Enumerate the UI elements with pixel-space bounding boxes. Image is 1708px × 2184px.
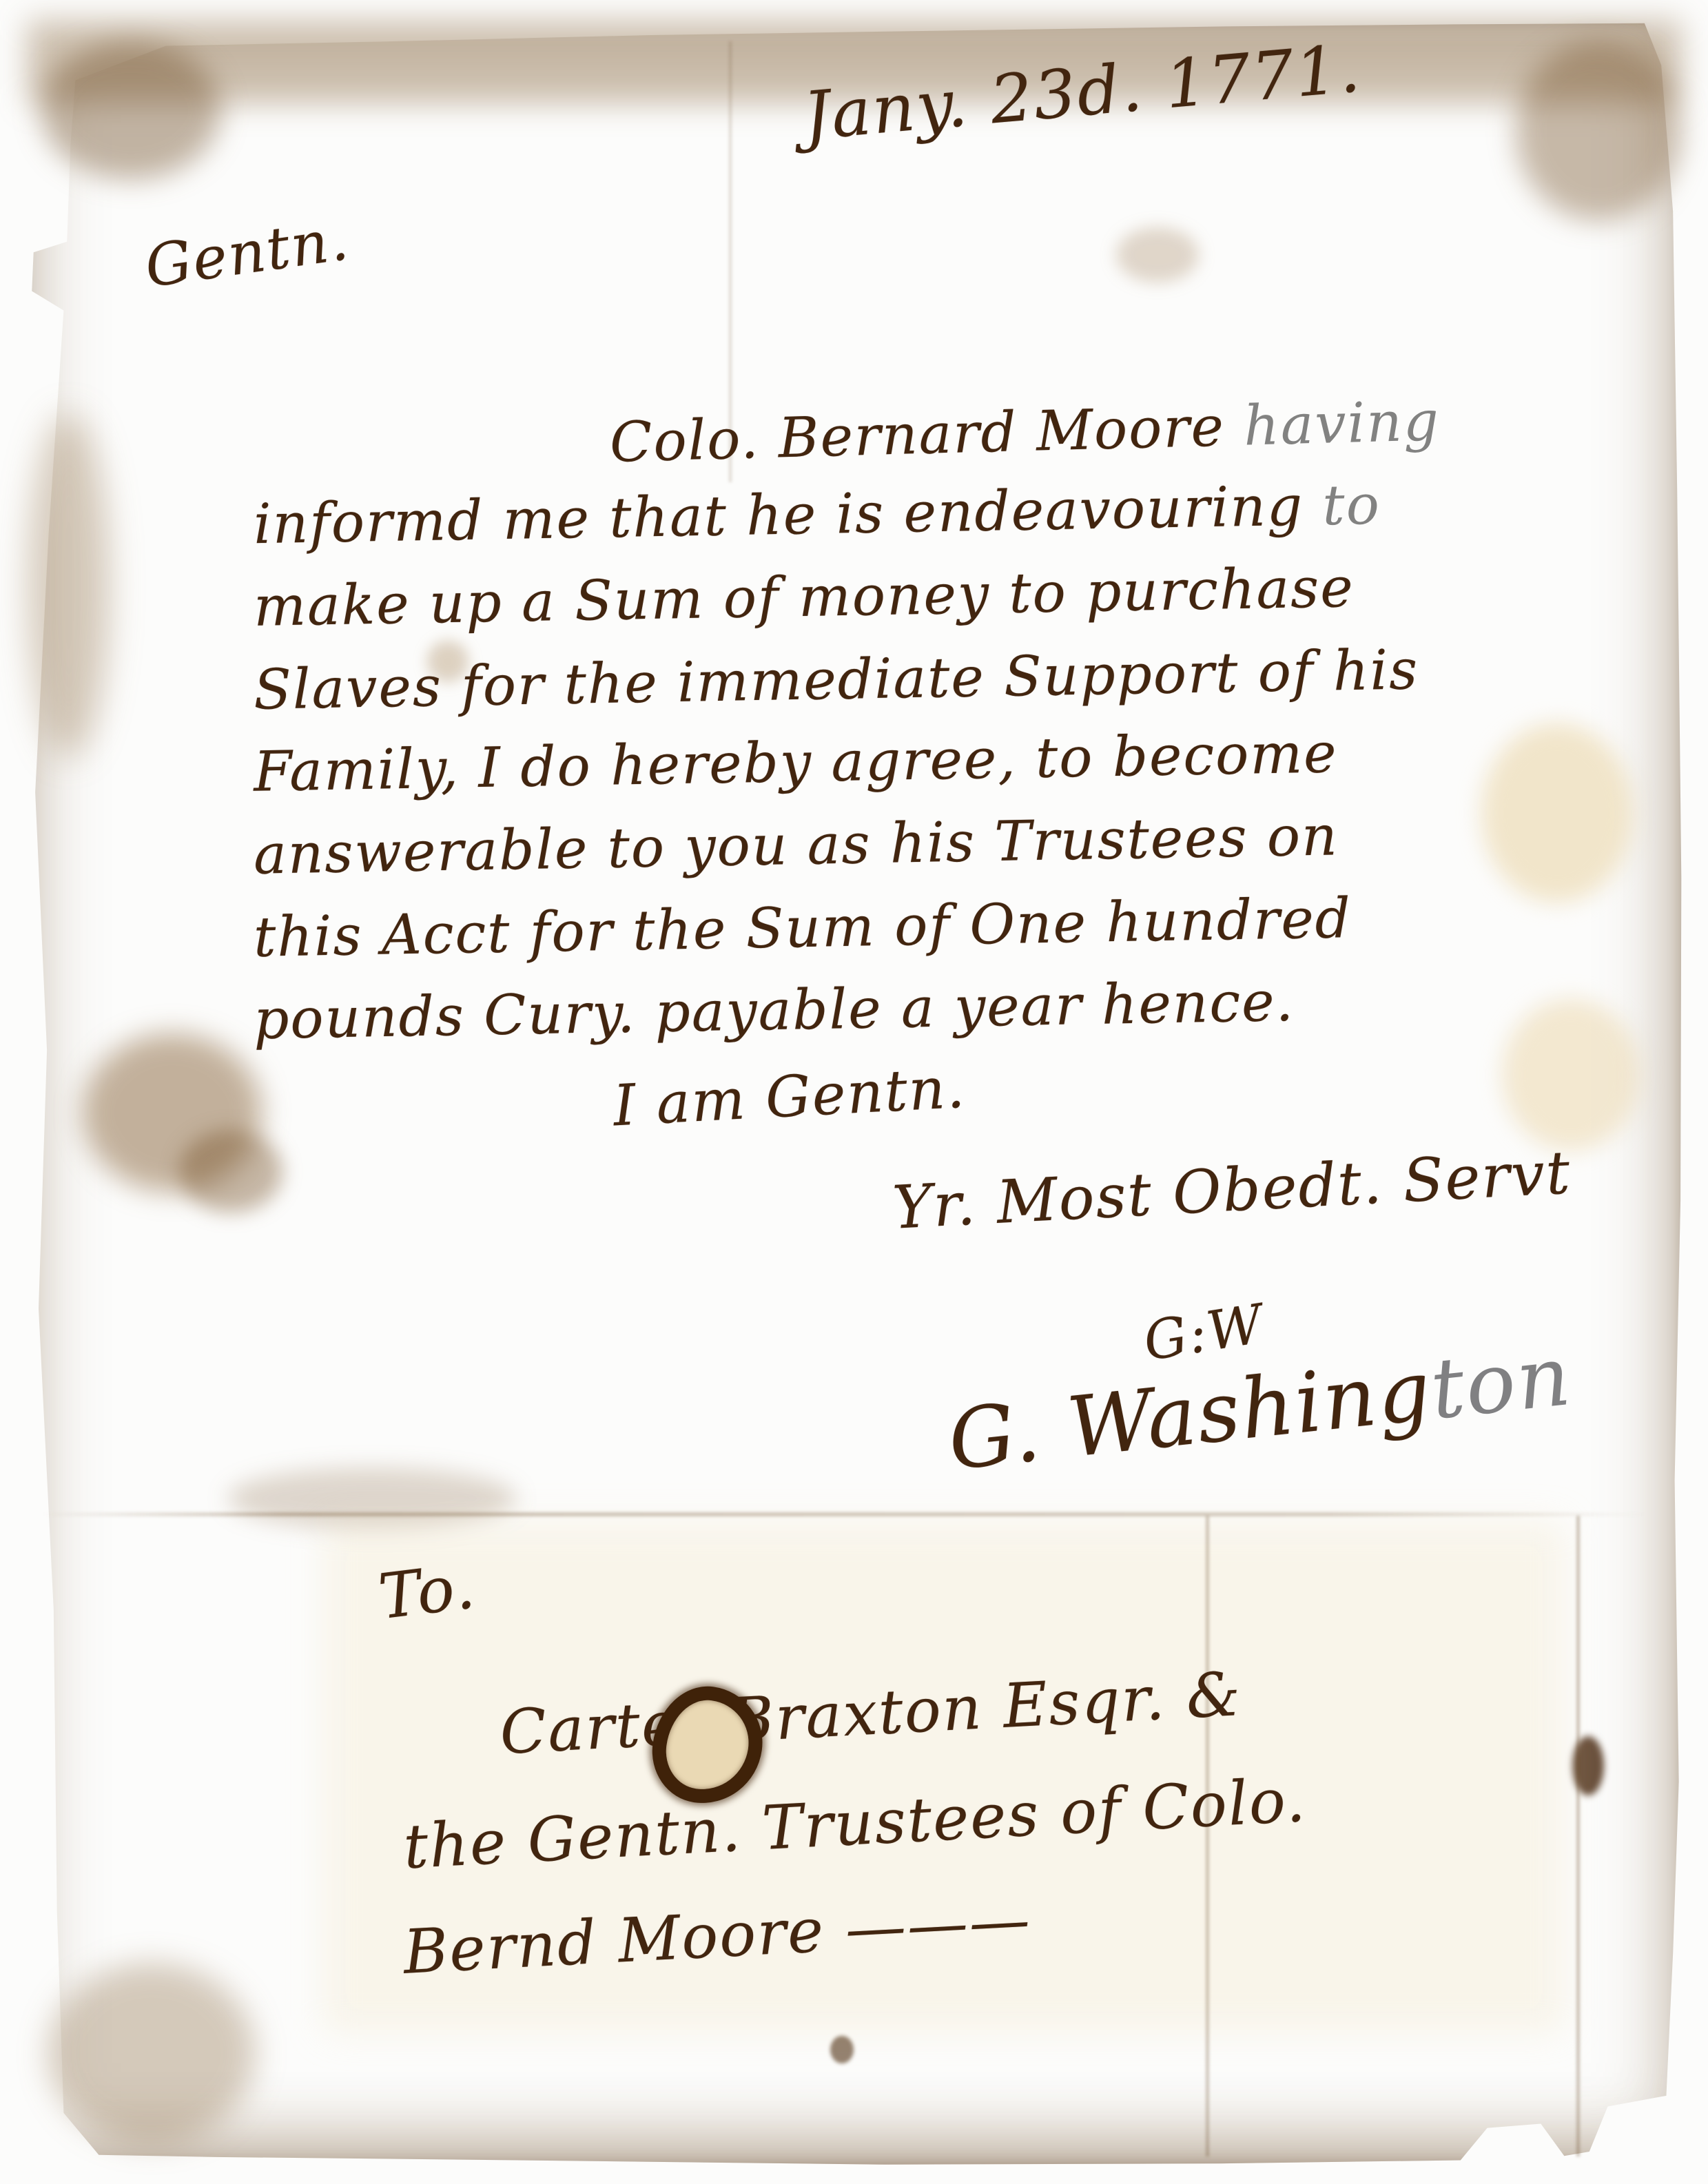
body-line-faint-text: to <box>1322 473 1381 537</box>
scanned-letter-page: { "document": { "type": "handwritten-let… <box>0 0 1708 2184</box>
signature-pencil-text: ton <box>1426 1328 1576 1439</box>
address-to-label: To. <box>375 1550 480 1634</box>
body-line-faint-text: having <box>1243 389 1441 457</box>
